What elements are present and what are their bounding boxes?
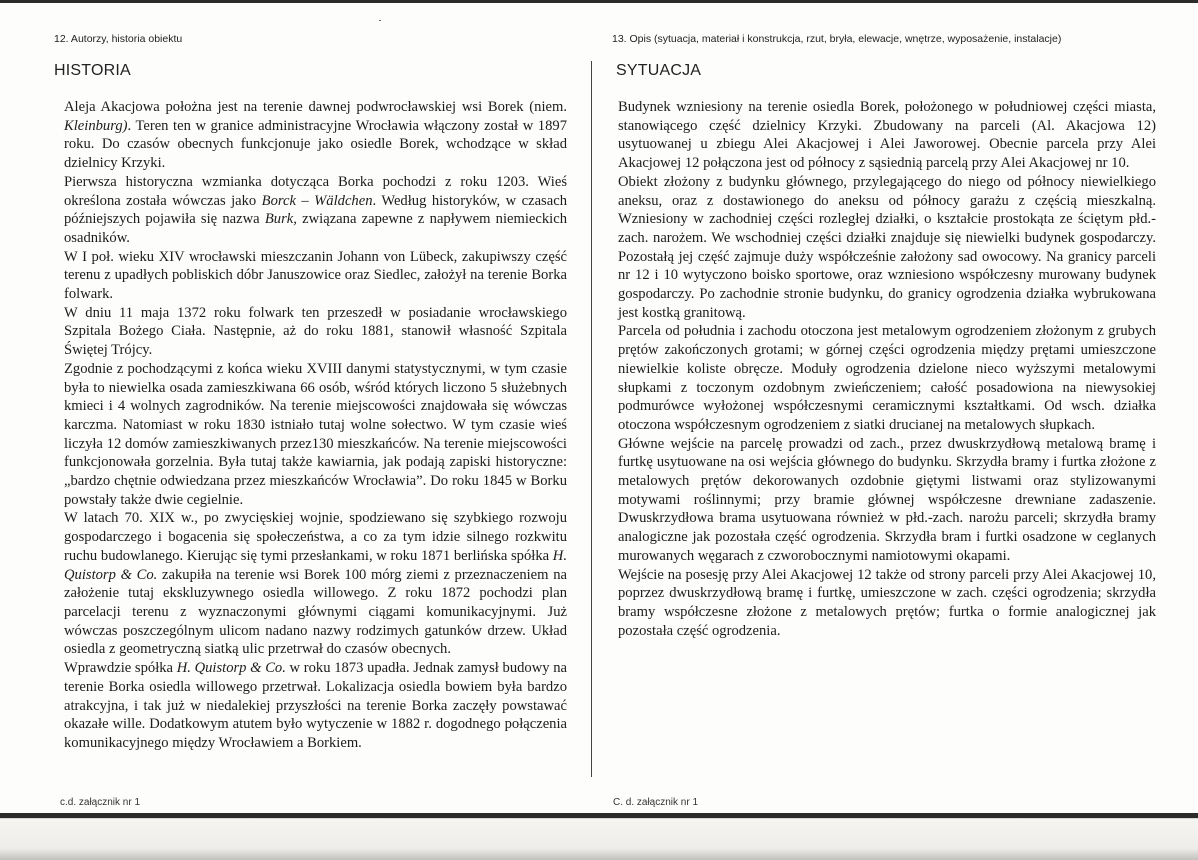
scan-speck [379,20,381,21]
paragraph: Główne wejście na parcelę prowadzi od za… [618,435,1156,566]
scanner-bed-edge [0,818,1198,860]
left-heading-historia: HISTORIA [54,62,131,80]
left-footer-note: c.d. załącznik nr 1 [60,797,140,808]
right-body-text: Budynek wzniesiony na terenie osiedla Bo… [618,98,1156,640]
right-heading-sytuacja: SYTUACJA [616,62,701,80]
page-divider [591,61,592,777]
paragraph: Obiekt złożony z budynku głównego, przyl… [618,173,1156,323]
paragraph: Aleja Akacjowa położna jest na terenie d… [64,98,567,173]
left-body-text: Aleja Akacjowa położna jest na terenie d… [64,98,567,753]
left-section-label: 12. Autorzy, historia obiektu [54,33,182,45]
paragraph: Pierwsza historyczna wzmianka dotycząca … [64,173,567,248]
paragraph: Wprawdzie spółka H. Quistorp & Co. w rok… [64,659,567,753]
paragraph: W I poł. wieku XIV wrocławski mieszczani… [64,248,567,304]
right-footer-note: C. d. załącznik nr 1 [613,797,698,808]
paragraph: Zgodnie z pochodzącymi z końca wieku XVI… [64,360,567,510]
right-section-label: 13. Opis (sytuacja, materiał i konstrukc… [612,33,1061,45]
scanned-document-spread: 12. Autorzy, historia obiektu HISTORIA A… [0,3,1198,813]
paragraph: Parcela od południa i zachodu otoczona j… [618,322,1156,434]
paragraph: Budynek wzniesiony na terenie osiedla Bo… [618,98,1156,173]
paragraph: W latach 70. XIX w., po zwycięskiej wojn… [64,509,567,659]
paragraph: Wejście na posesję przy Alei Akacjowej 1… [618,566,1156,641]
paragraph: W dniu 11 maja 1372 roku folwark ten prz… [64,304,567,360]
